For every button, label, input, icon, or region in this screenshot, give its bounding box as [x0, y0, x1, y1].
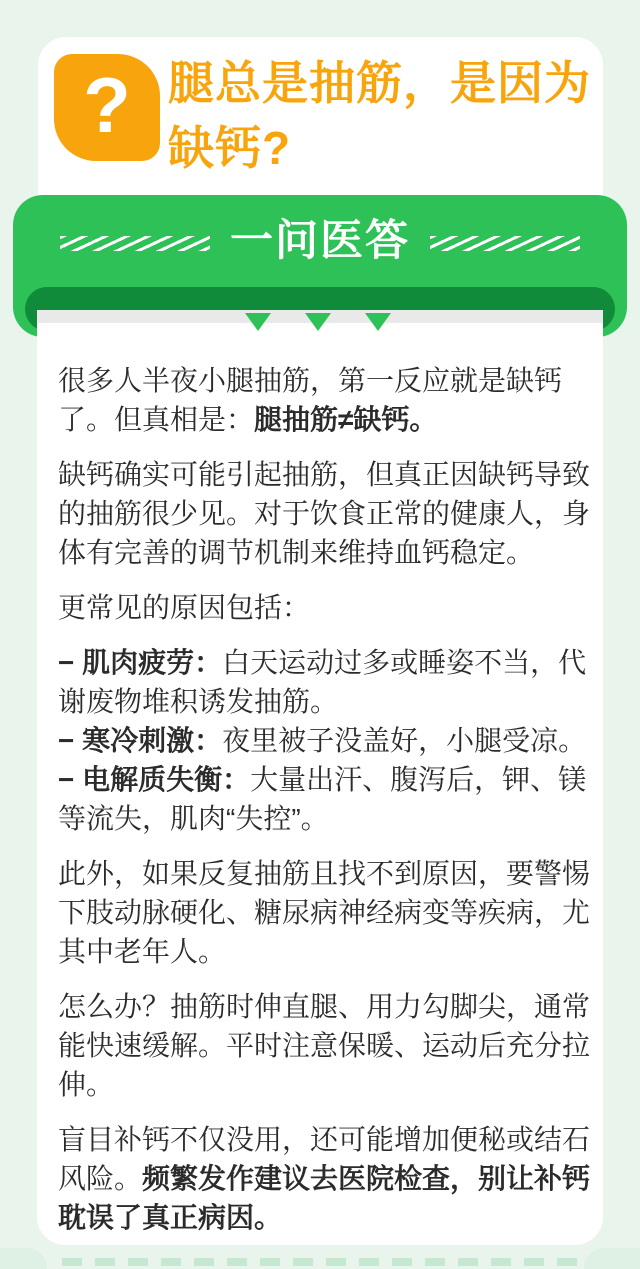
- question-title-line2: 缺钙?: [168, 122, 291, 174]
- infographic-page: ? 腿总是抽筋，是因为缺钙? 一问医答 很多人半夜小腿抽筋，第一反应就是缺钙了。…: [0, 0, 640, 1269]
- question-mark-icon: ?: [54, 54, 160, 161]
- paragraph: 怎么办？抽筋时伸直腿、用力勾脚尖，通常能快速缓解。平时注意保暖、运动后充分拉伸。: [58, 987, 592, 1104]
- dashed-separator: [62, 1258, 578, 1266]
- paragraph: 更常见的原因包括：: [58, 588, 592, 627]
- hatch-left-decoration-icon: [60, 236, 210, 251]
- paragraph: 盲目补钙不仅没用，还可能增加便秘或结石风险。频繁发作建议去医院检查，别让补钙耽误…: [58, 1120, 592, 1237]
- next-card-corner-right: [584, 1248, 640, 1269]
- paragraph: 缺钙确实可能引起抽筋，但真正因缺钙导致的抽筋很少见。对于饮食正常的健康人，身体有…: [58, 455, 592, 572]
- answer-text: 很多人半夜小腿抽筋，第一反应就是缺钙了。但真相是：腿抽筋≠缺钙。缺钙确实可能引起…: [37, 323, 603, 1253]
- banner-title-row: 一问医答: [13, 195, 627, 287]
- qa-banner-label: 一问医答: [230, 220, 410, 263]
- paragraph: 很多人半夜小腿抽筋，第一反应就是缺钙了。但真相是：腿抽筋≠缺钙。: [58, 361, 592, 439]
- question-title-line1: 腿总是抽筋，是因为: [168, 57, 591, 109]
- paragraph: − 肌肉疲劳：白天运动过多或睡姿不当，代谢废物堆积诱发抽筋。 − 寒冷刺激：夜里…: [58, 643, 592, 838]
- paragraph: 此外，如果反复抽筋且找不到原因，要警惕下肢动脉硬化、糖尿病神经病变等疾病，尤其中…: [58, 854, 592, 971]
- question-title: 腿总是抽筋，是因为缺钙?: [168, 51, 598, 181]
- hatch-right-decoration-icon: [430, 236, 580, 251]
- question-mark-glyph: ?: [83, 66, 131, 144]
- answer-card: 很多人半夜小腿抽筋，第一反应就是缺钙了。但真相是：腿抽筋≠缺钙。缺钙确实可能引起…: [37, 310, 603, 1245]
